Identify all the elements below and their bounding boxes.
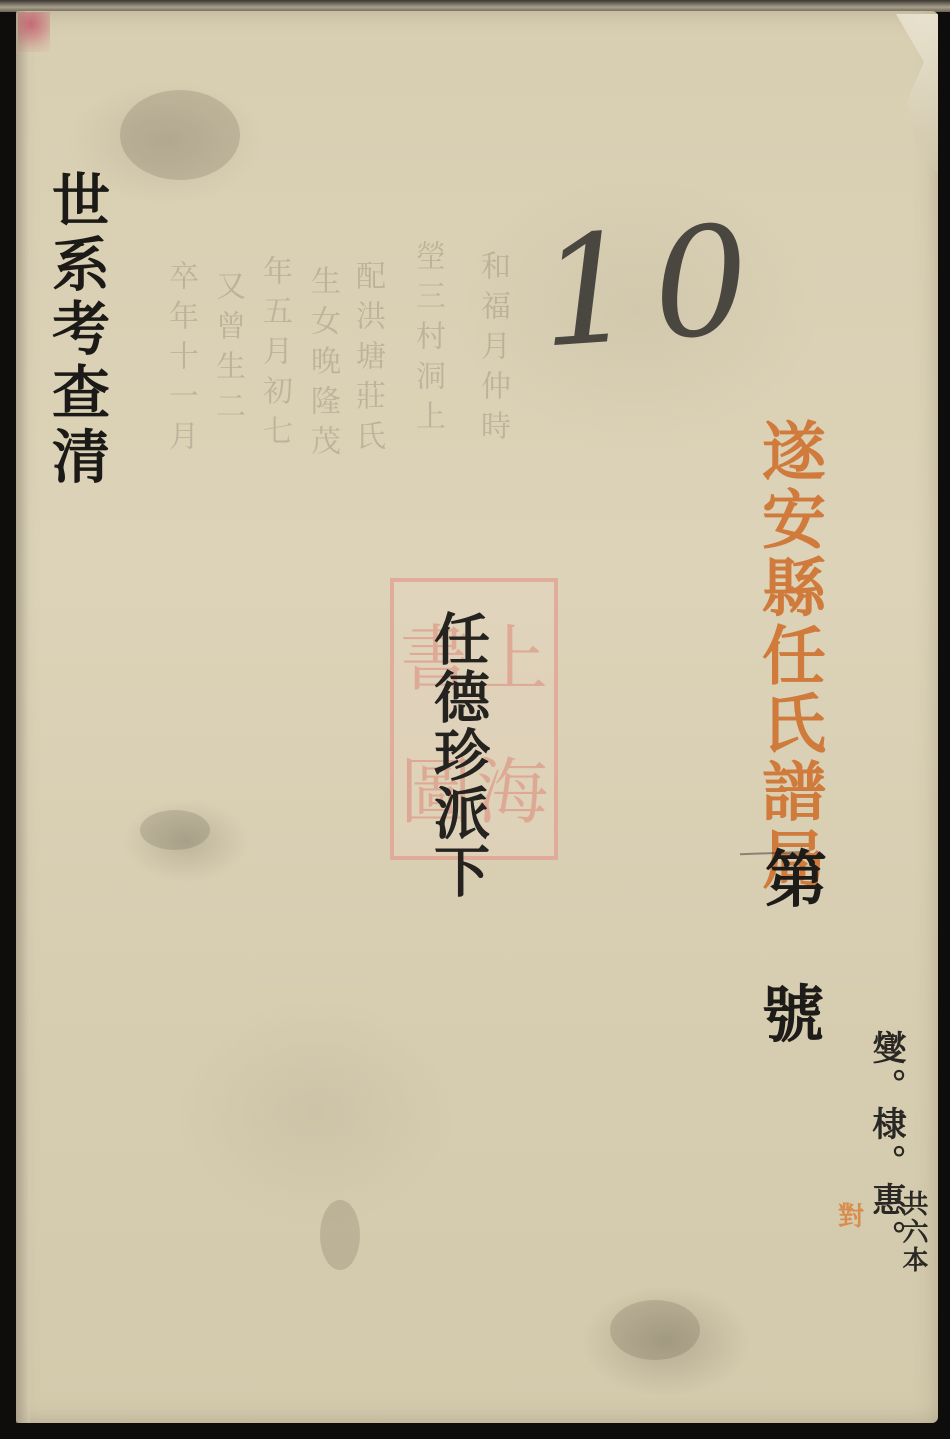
left-column-title: 世系考查清: [34, 170, 118, 490]
small-red-stamp: 對: [838, 1196, 866, 1230]
bleedthrough-text: 生女晚隆茂: [300, 265, 344, 465]
bleedthrough-text: 年五月初七: [252, 255, 296, 455]
bleedthrough-text: 塋三村洞上: [405, 240, 449, 440]
volume-count: 共六本: [895, 1190, 932, 1274]
bleedthrough-text: 和福月仲時: [470, 250, 514, 450]
paper-stain: [120, 90, 240, 180]
pencil-volume-number: 10: [534, 192, 772, 381]
page-left-edge: [16, 11, 30, 1423]
paper-stain: [140, 810, 210, 850]
bleedthrough-text: 配洪塘莊氏: [345, 260, 389, 460]
bleedthrough-text: 又曾生二: [205, 270, 249, 430]
number-suffix: 號: [762, 965, 824, 1054]
bleedthrough-text: 卒年十一月: [158, 260, 202, 460]
number-prefix: 第: [765, 830, 827, 919]
red-corner-mark: [18, 12, 50, 52]
branch-title: 任德珍派下: [418, 610, 498, 900]
genealogy-bureau-title: 遂安縣任氏譜局: [742, 418, 834, 894]
paper-stain: [610, 1300, 700, 1360]
paper-stain: [320, 1200, 360, 1270]
